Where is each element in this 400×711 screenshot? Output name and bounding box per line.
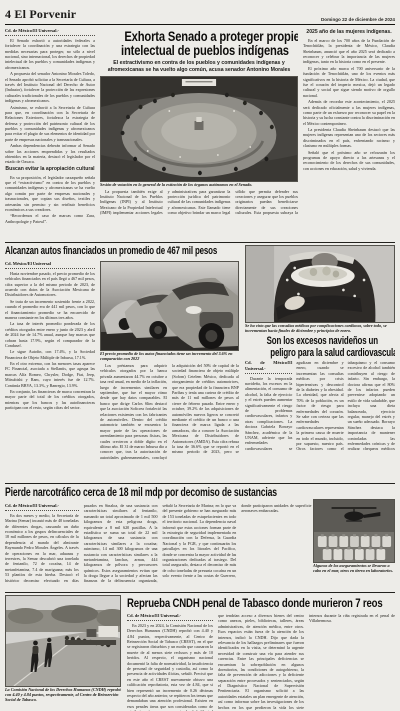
section-divider [5,483,395,484]
cardio-byline: Cd. de México/El Universal.- [245,360,292,374]
cardio-photo-caption: Se ha visto que las consultas médicas po… [245,323,395,333]
cars-photo [100,261,239,351]
cndh-body-text: En 2023 y en 2024, la Comisión Nacional … [127,613,395,711]
narco-headline: Pierde narcotráfico cerca de 18 mil mdp … [5,486,317,501]
senate-byline: Cd. de México/El Universal.- [5,28,95,36]
row-cndh: La Comisión Nacional de los Derechos Hum… [5,595,395,711]
autos-left-column: Cd. México/El Universal Hasta noviembre … [5,261,95,479]
autos-paragraph: Hasta noviembre pasado, el precio promed… [5,271,95,298]
autos-paragraph: Le sigue Autofin, con 17.4%, y la Socied… [5,349,95,360]
road-illustration [6,596,120,686]
cndh-photo-caption: La Comisión Nacional de los Derechos Hum… [5,687,121,702]
cars-illustration [101,262,238,350]
cndh-body-columns: Cd. de México/El Universal.- En 2023 y e… [127,613,395,711]
section-divider [5,242,395,243]
drug-seizure-photo [313,499,395,563]
mujeres-paragraph: Además de recordar este acontecimiento, … [303,99,395,126]
autos-byline: Cd. México/El Universal [5,261,95,269]
cndh-headline: Reprueba CNDH penal de Tabasco donde mur… [127,596,395,611]
mujeres-paragraph: La presidenta Claudia Sheinbaum destacó … [303,127,395,149]
christmas-sweater-photo [245,245,395,323]
senate-deck: El extractivismo en contra de los pueblo… [104,60,294,74]
mujeres-paragraph: El próximo año marca el 700 aniversario … [303,66,395,98]
drug-seizure-illustration [314,500,394,562]
senate-headline: Exhorta Senado a proteger propiedad inte… [100,29,298,57]
senate-headline-line2: intelectual de pueblos indígenas [121,43,289,57]
narco-photo-block: Algunos de los aseguramientos se llevaro… [313,499,395,573]
cndh-photo-block: La Comisión Nacional de los Derechos Hum… [5,595,121,711]
senate-paragraph: Asimismo, se exhortó a la Secretaría de … [5,105,95,143]
mujeres-subhead: 2025 año de las mujeres indígenas. [303,30,395,36]
article-senate: Cd. de México/El Universal.- El Senado e… [5,28,395,240]
autos-paragraph: Se trata de un incremento sostenido fren… [5,299,95,321]
senate-paragraph: Ambas dependencias deberán informar al S… [5,143,95,165]
autos-paragraph: En el otro extremo, con las menores tasa… [5,361,95,388]
cardio-headline-line1: Son los excesos navideños un [267,335,378,347]
page-header: 4 El Porvenir Domingo 22 de diciembre de… [5,7,395,25]
senate-paragraph: “Recordemos el caso de marcas como Zara,… [5,213,95,224]
masthead: 4 El Porvenir [5,7,76,22]
senate-session-illustration [101,77,297,181]
article-cndh: Reprueba CNDH penal de Tabasco donde mur… [127,595,395,711]
section-divider [5,592,395,593]
row-autos-cardio: Alcanzan autos financiados un promedio d… [5,245,395,481]
narco-byline: Cd. de México/El Universal.- [5,503,79,511]
senate-bottom-columns: La propuesta también exige al Instituto … [100,189,298,217]
mujeres-paragraph: Señaló que el próximo año se reforzarán … [303,150,395,172]
senate-bottom-text: La propuesta también exige al Instituto … [100,189,298,217]
article-autos: Alcanzan autos financiados un promedio d… [5,245,239,481]
autos-paragraph: En conjunto, las financieras de marca co… [5,389,95,411]
autos-bottom-columns: Los préstamos para adquirir vehículos ot… [100,363,239,461]
migrant-road-photo [5,595,121,687]
senate-paragraph: En su proposición, el legislador oaxaque… [5,175,95,213]
cardio-body-text: Durante la temporada navideña, los exces… [245,360,395,456]
cardio-body-columns: Cd. de México/El Universal.- Durante la … [245,360,395,456]
autos-paragraph: La tasa de interés promedio ponderada de… [5,321,95,348]
newspaper-page: 4 El Porvenir Domingo 22 de diciembre de… [0,0,400,711]
autos-headline: Alcanzan autos financiados un promedio d… [5,245,239,259]
senate-session-photo [100,76,298,182]
mujeres-paragraph: En el marco de los 700 años de la Fundac… [303,38,395,65]
narco-photo-caption: Algunos de los aseguramientos se llevaro… [313,563,395,573]
cndh-byline: Cd. de México/El Universal.- [127,613,213,621]
page-date: Domingo 22 de diciembre de 2024 [321,17,395,22]
senate-left-column: Cd. de México/El Universal.- El Senado e… [5,28,95,240]
senate-headline-line1: Exhorta Senado a proteger propiedad [124,29,298,43]
senate-photo-caption: Sesión de votación en lo general de la e… [100,182,298,187]
narco-body-text: En dos meses y medio, la Secretaría de M… [5,503,315,587]
senate-paragraph: A propuesta del senador Antonino Morales… [5,71,95,103]
christmas-illustration [246,246,394,322]
senate-subhead: Buscan evitar la apropiación cultural [5,167,95,173]
cardio-headline: Son los excesos navideños un peligro par… [245,335,395,359]
senate-center-column: Exhorta Senado a proteger propiedad inte… [100,28,298,240]
cardio-headline-line2: peligro para la salud cardiovascular [270,347,395,359]
senate-paragraph: El Senado exhortó a autoridades federale… [5,38,95,70]
cars-photo-caption: El precio promedio de los autos financia… [100,351,239,361]
narco-body-columns: Cd. de México/El Universal.- En dos mese… [5,503,315,587]
mujeres-column: 2025 año de las mujeres indígenas. En el… [303,28,395,240]
article-narco: Pierde narcotráfico cerca de 18 mil mdp … [5,486,395,590]
article-cardio: Se ha visto que las consultas médicas po… [245,245,395,481]
autos-bottom-text: Los préstamos para adquirir vehículos ot… [100,363,239,461]
